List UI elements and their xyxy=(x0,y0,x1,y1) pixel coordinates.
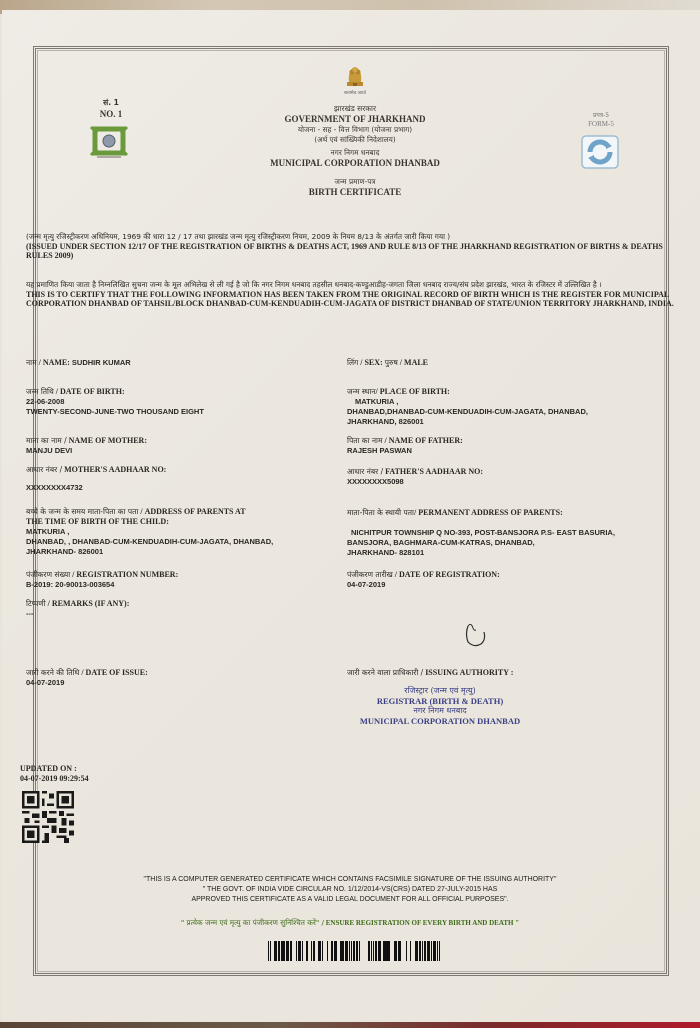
footer-notes: "THIS IS A COMPUTER GENERATED CERTIFICAT… xyxy=(30,874,670,904)
issue-date-label-hindi: जारी करने की तिथि xyxy=(26,668,79,677)
updated-value: 04-07-2019 09:29:54 xyxy=(20,774,220,784)
emblem-motto: सत्यमेव जयते xyxy=(310,90,400,96)
field-date-of-issue: जारी करने की तिथि / DATE OF ISSUE: 04-07… xyxy=(26,668,336,688)
number-english: NO. 1 xyxy=(86,109,136,120)
father-aadhaar-label-hindi: आधार नंबर / xyxy=(347,467,383,476)
address-birth-line-1: MATKURIA , xyxy=(26,527,346,537)
slogan-hindi: " प्रत्येक जन्म एवं मृत्यु का पंजीकरण सु… xyxy=(181,918,324,927)
field-father-name: पिता का नाम / NAME OF FATHER: RAJESH PAS… xyxy=(347,436,667,456)
field-mother-aadhaar: आधार नंबर / MOTHER'S AADHAAR NO: XXXXXXX… xyxy=(26,465,336,493)
mother-aadhaar-label-hindi: आधार नंबर / xyxy=(26,465,62,474)
dob-value-words: TWENTY-SECOND-JUNE-TWO THOUSAND EIGHT xyxy=(26,407,336,417)
dob-label-hindi: जन्म तिथि xyxy=(26,387,54,396)
pob-label-hindi: जन्म स्थान xyxy=(347,387,375,396)
field-permanent-address: माता-पिता के स्थायी पता/ PERMANENT ADDRE… xyxy=(347,508,667,558)
field-sex: लिंग / SEX: पुरुष / MALE xyxy=(347,358,667,368)
authority-label-hindi: जारी करने वाला प्राधिकारी / xyxy=(347,668,423,677)
pob-line-2: DHANBAD,DHANBAD-CUM-KENDUADIH-CUM-JAGATA… xyxy=(347,407,667,417)
issue-date-value: 04-07-2019 xyxy=(26,678,336,688)
reg-date-label: / DATE OF REGISTRATION: xyxy=(395,570,500,579)
slogan-english: ENSURE REGISTRATION OF EVERY BIRTH AND D… xyxy=(326,919,519,927)
footer-line-2: " THE GOVT. OF INDIA VIDE CIRCULAR NO. 1… xyxy=(56,884,645,894)
dob-label: / DATE OF BIRTH: xyxy=(56,387,125,396)
field-father-aadhaar: आधार नंबर / FATHER'S AADHAAR NO: XXXXXXX… xyxy=(347,467,667,487)
footer-line-1: "THIS IS A COMPUTER GENERATED CERTIFICAT… xyxy=(56,874,645,884)
photo-background-bottom xyxy=(0,1022,700,1028)
form-number: FORM-5 xyxy=(576,120,626,129)
name-value: SUDHIR KUMAR xyxy=(72,358,131,367)
signature-icon xyxy=(462,620,490,655)
authority-corp: MUNICIPAL CORPORATION DHANBAD xyxy=(340,716,540,726)
form-hindi: प्रपत्र-5 xyxy=(576,112,626,120)
field-registration-number: पंजीकरण संख्या / REGISTRATION NUMBER: B-… xyxy=(26,570,336,590)
reg-no-value: B-2019: 20-90013-003654 xyxy=(26,580,336,590)
mother-label-hindi: माता का नाम / xyxy=(26,436,67,445)
reg-no-label: / REGISTRATION NUMBER: xyxy=(72,570,178,579)
govt-hindi: झारखंड सरकार xyxy=(230,104,480,114)
mother-label: NAME OF MOTHER: xyxy=(69,436,147,445)
field-mother-name: माता का नाम / NAME OF MOTHER: MANJU DEVI xyxy=(26,436,336,456)
father-label-hindi: पिता का नाम xyxy=(347,436,382,445)
preamble: (जन्म मृत्यु रजिस्ट्रीकरण अधिनियम, 1969 … xyxy=(26,232,674,261)
certification-statement: यह प्रमाणित किया जाता है निम्नलिखित सुचन… xyxy=(26,280,674,309)
address-birth-label-2: THE TIME OF BIRTH OF THE CHILD: xyxy=(26,517,346,527)
remarks-value: --- xyxy=(26,609,336,619)
preamble-english: (ISSUED UNDER SECTION 12/17 OF THE REGIS… xyxy=(26,242,674,261)
perm-address-line-1: NICHITPUR TOWNSHIP Q NO-393, POST-BANSJO… xyxy=(347,528,667,538)
reg-date-value: 04-07-2019 xyxy=(347,580,667,590)
qr-code-icon xyxy=(22,791,74,848)
address-birth-line-3: JHARKHAND- 826001 xyxy=(26,547,346,557)
header-block: झारखंड सरकार GOVERNMENT OF JHARKHAND योज… xyxy=(230,104,480,198)
field-date-of-birth: जन्म तिथि / DATE OF BIRTH: 22-06-2008 TW… xyxy=(26,387,336,417)
reg-date-label-hindi: पंजीकरण तारीख xyxy=(347,570,393,579)
perm-address-line-2: BANSJORA, BAGHMARA-CUM-KATRAS, DHANBAD, xyxy=(347,538,667,548)
registrar-title: REGISTRAR (BIRTH & DEATH) xyxy=(340,696,540,706)
mother-aadhaar-value: XXXXXXXX4732 xyxy=(26,483,336,493)
name-label: / NAME: xyxy=(39,358,70,367)
father-aadhaar-label: FATHER'S AADHAAR NO: xyxy=(385,467,483,476)
dept-hindi-1: योजना - सह - वित्त विभाग (योजना प्रभाग) xyxy=(230,125,480,135)
form-label: प्रपत्र-5 FORM-5 xyxy=(576,112,626,129)
reg-no-label-hindi: पंजीकरण संख्या xyxy=(26,570,70,579)
field-remarks: टिप्पणी / REMARKS (IF ANY): --- xyxy=(26,599,336,619)
father-label: / NAME OF FATHER: xyxy=(384,436,462,445)
jharkhand-govt-logo-icon xyxy=(89,125,129,166)
address-birth-label-hindi: बच्चे के जन्म के समय माता-पिता का पता xyxy=(26,507,138,516)
sex-label: / SEX: xyxy=(360,358,382,367)
mother-value: MANJU DEVI xyxy=(26,446,336,456)
perm-address-line-3: JHARKHAND- 828101 xyxy=(347,548,667,558)
issuing-authority-stamp: रजिस्ट्रार (जन्म एवं मृत्यु) REGISTRAR (… xyxy=(340,686,540,726)
field-address-at-birth: बच्चे के जन्म के समय माता-पिता का पता / … xyxy=(26,507,346,557)
dob-value: 22-06-2008 xyxy=(26,397,336,407)
corp-name: MUNICIPAL CORPORATION DHANBAD xyxy=(230,158,480,169)
updated-label: UPDATED ON : xyxy=(20,764,220,774)
sex-value: / MALE xyxy=(400,358,428,367)
registrar-hindi: रजिस्ट्रार (जन्म एवं मृत्यु) xyxy=(340,686,540,696)
sex-value-hindi: पुरुष xyxy=(385,358,398,367)
certificate-title: BIRTH CERTIFICATE xyxy=(230,187,480,198)
field-place-of-birth: जन्म स्थान/ PLACE OF BIRTH: MATKURIA , D… xyxy=(347,387,667,427)
footer-line-3: APPROVED THIS CERTIFICATE AS A VALID LEG… xyxy=(56,894,645,904)
name-label-hindi: नाम xyxy=(26,358,37,367)
field-name: नाम / NAME: SUDHIR KUMAR xyxy=(26,358,336,368)
certify-hindi: यह प्रमाणित किया जाता है निम्नलिखित सुचन… xyxy=(26,280,674,290)
title-hindi: जन्म प्रमाण-पत्र xyxy=(230,177,480,187)
mother-aadhaar-label: MOTHER'S AADHAAR NO: xyxy=(64,465,166,474)
perm-address-label-hindi: माता-पिता के स्थायी पता xyxy=(347,508,414,517)
barcode-icon xyxy=(268,941,440,966)
sex-label-hindi: लिंग xyxy=(347,358,358,367)
address-birth-line-2: DHANBAD, , DHANBAD-CUM-KENDUADIH-CUM-JAG… xyxy=(26,537,346,547)
address-birth-label: / ADDRESS OF PARENTS AT xyxy=(140,507,245,516)
remarks-label-hindi: टिप्पणी xyxy=(26,599,46,608)
govt-name: GOVERNMENT OF JHARKHAND xyxy=(230,114,480,125)
authority-label: ISSUING AUTHORITY : xyxy=(425,668,513,677)
issue-date-label: / DATE OF ISSUE: xyxy=(81,668,147,677)
pob-label: / PLACE OF BIRTH: xyxy=(375,387,449,396)
perm-address-label: / PERMANENT ADDRESS OF PARENTS: xyxy=(414,508,563,517)
certificate-number: सं. 1 NO. 1 xyxy=(86,98,136,119)
pob-line-3: JHARKHAND, 826001 xyxy=(347,417,667,427)
remarks-label: / REMARKS (IF ANY): xyxy=(48,599,130,608)
updated-on: UPDATED ON : 04-07-2019 09:29:54 xyxy=(20,764,220,784)
field-date-of-registration: पंजीकरण तारीख / DATE OF REGISTRATION: 04… xyxy=(347,570,667,590)
authority-corp-hindi: नगर निगम धनबाद xyxy=(340,706,540,716)
father-value: RAJESH PASWAN xyxy=(347,446,667,456)
father-aadhaar-value: XXXXXXXX5098 xyxy=(347,477,667,487)
crs-logo-icon xyxy=(580,134,620,175)
field-issuing-authority: जारी करने वाला प्राधिकारी / ISSUING AUTH… xyxy=(347,668,667,678)
number-hindi: सं. 1 xyxy=(86,98,136,109)
preamble-hindi: (जन्म मृत्यु रजिस्ट्रीकरण अधिनियम, 1969 … xyxy=(26,232,674,242)
dept-hindi-2: (अर्थ एवं सांख्यिकी निदेशालय) xyxy=(230,135,480,145)
certify-english: THIS IS TO CERTIFY THAT THE FOLLOWING IN… xyxy=(26,290,674,309)
corp-hindi: नगर निगम धनबाद xyxy=(230,148,480,158)
footer-slogan: " प्रत्येक जन्म एवं मृत्यु का पंजीकरण सु… xyxy=(30,918,670,928)
pob-line-1: MATKURIA , xyxy=(347,397,667,407)
